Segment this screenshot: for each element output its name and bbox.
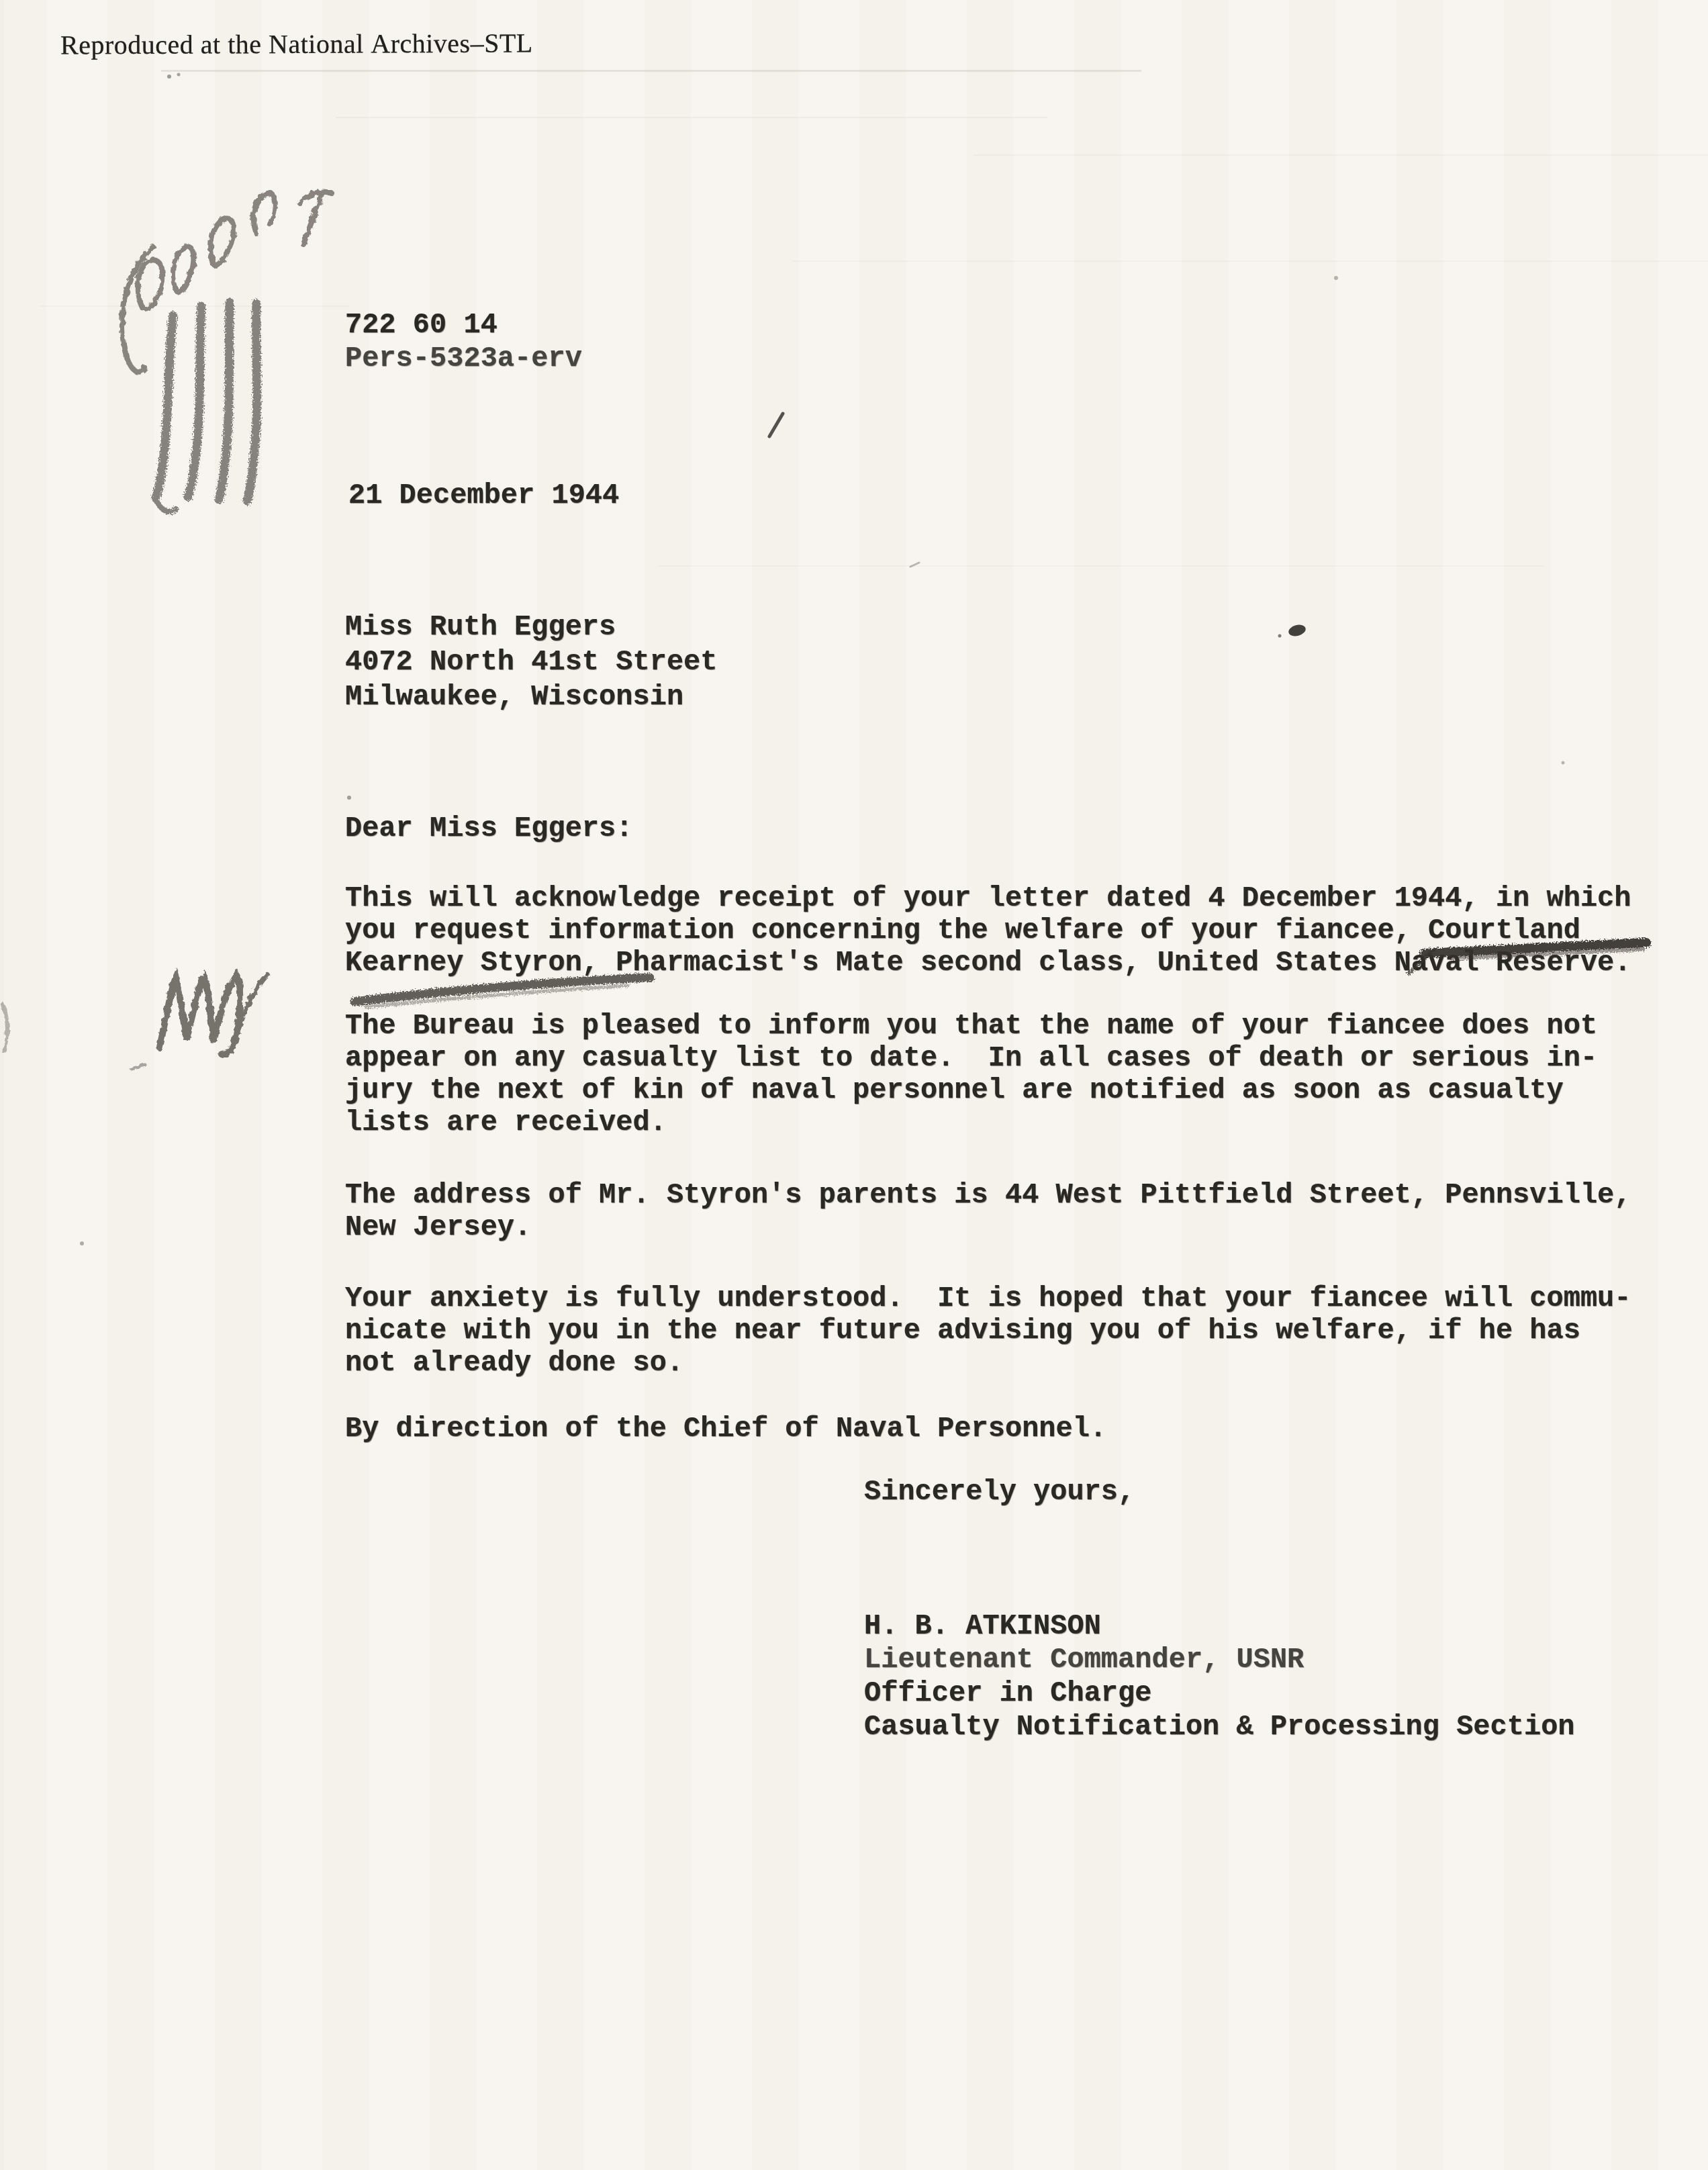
- closing-line: Sincerely yours,: [864, 1477, 1135, 1507]
- pencil-vertical-strokes: [156, 302, 257, 512]
- body-line: lists are received.: [345, 1108, 667, 1137]
- ink-blot: [1287, 623, 1307, 638]
- body-line: New Jersey.: [345, 1213, 531, 1242]
- body-line: The Bureau is pleased to inform you that…: [345, 1011, 1597, 1041]
- stray-slash-mark: [769, 414, 783, 436]
- scan-streaks: [40, 70, 1708, 567]
- salutation-line: Dear Miss Eggers:: [345, 814, 632, 843]
- letter-scan-page: Reproduced at the National Archives–STL …: [0, 0, 1708, 2170]
- reference-number-line: 722 60 14: [345, 310, 497, 340]
- pencil-underline-kearney: [354, 978, 650, 1007]
- by-direction-line: By direction of the Chief of Naval Perso…: [345, 1414, 1106, 1444]
- body-line: Your anxiety is fully understood. It is …: [345, 1284, 1631, 1313]
- pencil-margin-scribble: [3, 975, 267, 1069]
- signature-rank: Lieutenant Commander, USNR: [864, 1645, 1304, 1674]
- recipient-city-line: Milwaukee, Wisconsin: [345, 682, 683, 712]
- body-line: appear on any casualty list to date. In …: [345, 1043, 1597, 1073]
- archives-banner: Reproduced at the National Archives–STL: [60, 28, 533, 60]
- body-line: you request information concerning the w…: [345, 916, 1580, 945]
- body-line: The address of Mr. Styron's parents is 4…: [345, 1180, 1631, 1210]
- body-line: nicate with you in the near future advis…: [345, 1316, 1580, 1346]
- file-reference-line: Pers-5323a-erv: [345, 344, 582, 373]
- date-line: 21 December 1944: [348, 481, 619, 510]
- signature-section: Casualty Notification & Processing Secti…: [864, 1712, 1575, 1742]
- body-line: This will acknowledge receipt of your le…: [345, 884, 1631, 913]
- recipient-street-line: 4072 North 41st Street: [345, 647, 718, 677]
- body-line: jury the next of kin of naval personnel …: [345, 1076, 1564, 1105]
- signature-name: H. B. ATKINSON: [864, 1611, 1101, 1641]
- body-line: not already done so.: [345, 1348, 683, 1378]
- signature-title: Officer in Charge: [864, 1679, 1151, 1708]
- body-line: Kearney Styron, Pharmacist's Mate second…: [345, 948, 1631, 978]
- recipient-name-line: Miss Ruth Eggers: [345, 612, 616, 642]
- pencil-code-scribble: [122, 192, 332, 372]
